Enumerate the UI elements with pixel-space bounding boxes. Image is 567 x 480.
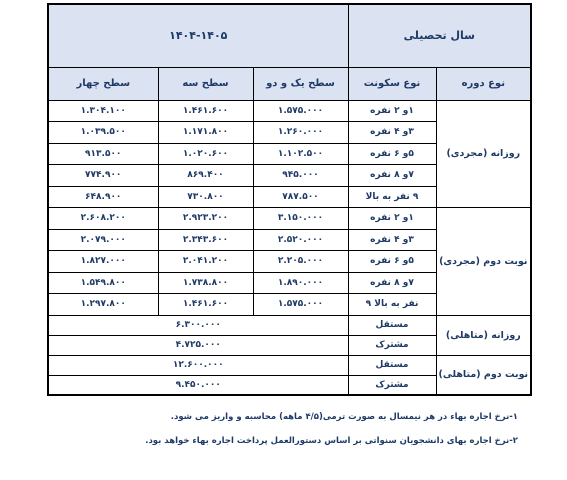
fee-cell: ۶۴۸.۹۰۰ [48, 186, 158, 208]
academic-year-value: ۱۴۰۴-۱۴۰۵ [48, 4, 348, 67]
period-cell-second-shift-single: نوبت دوم (مجردی) [436, 208, 531, 316]
fee-cell: ۱۲.۶۰۰.۰۰۰ [48, 355, 348, 375]
residence-cell: ۷و ۸ نفره [348, 165, 436, 187]
fee-cell: ۱.۱۷۱.۸۰۰ [158, 122, 253, 144]
fee-cell: ۹۴۵.۰۰۰ [253, 165, 348, 187]
footnote-1: ۱-نرخ اجاره بهاء در هر نیمسال به صورت تر… [38, 412, 518, 422]
fee-cell: ۹۱۳.۵۰۰ [48, 143, 158, 165]
table-row: روزانه (مجردی) ۱و ۲ نفره ۱.۵۷۵.۰۰۰ ۱.۴۶۱… [48, 100, 531, 122]
fee-cell: ۱.۴۶۱.۶۰۰ [158, 100, 253, 122]
header-row-columns: نوع دوره نوع سکونت سطح یک و دو سطح سه سط… [48, 67, 531, 100]
fee-cell: ۱.۲۹۷.۸۰۰ [48, 294, 158, 316]
fee-cell: ۷۷۴.۹۰۰ [48, 165, 158, 187]
residence-cell: ۹ نفر به بالا [348, 186, 436, 208]
residence-cell: ۳و ۴ نفره [348, 229, 436, 251]
dorm-fees-table: سال تحصیلی ۱۴۰۴-۱۴۰۵ نوع دوره نوع سکونت … [47, 3, 532, 396]
col-header-level-3: سطح سه [158, 67, 253, 100]
fee-cell: ۱.۵۷۵.۰۰۰ [253, 294, 348, 316]
residence-cell: ۱و ۲ نفره [348, 208, 436, 230]
fee-cell: ۷۳۰.۸۰۰ [158, 186, 253, 208]
fee-cell: ۱.۱۰۲.۵۰۰ [253, 143, 348, 165]
fee-cell: ۱.۲۶۰.۰۰۰ [253, 122, 348, 144]
col-header-level-1-2: سطح یک و دو [253, 67, 348, 100]
fee-cell: ۲.۹۲۳.۲۰۰ [158, 208, 253, 230]
residence-cell: نفر به بالا ۹ [348, 294, 436, 316]
fee-cell: ۲.۳۴۳.۶۰۰ [158, 229, 253, 251]
fee-cell: ۱.۸۹۰.۰۰۰ [253, 272, 348, 294]
residence-cell: ۷و ۸ نفره [348, 272, 436, 294]
fee-cell: ۹.۴۵۰.۰۰۰ [48, 375, 348, 395]
table-row: روزانه (متاهلی) مستقل ۶.۳۰۰.۰۰۰ [48, 315, 531, 335]
fee-cell: ۷۸۷.۵۰۰ [253, 186, 348, 208]
fee-cell: ۸۶۹.۴۰۰ [158, 165, 253, 187]
fee-cell: ۲.۰۷۹.۰۰۰ [48, 229, 158, 251]
residence-cell: مشترک [348, 335, 436, 355]
col-header-period-type: نوع دوره [436, 67, 531, 100]
residence-cell: ۳و ۴ نفره [348, 122, 436, 144]
fee-cell: ۱.۳۰۴.۱۰۰ [48, 100, 158, 122]
table-row: نوبت دوم (مجردی) ۱و ۲ نفره ۳.۱۵۰.۰۰۰ ۲.۹… [48, 208, 531, 230]
period-cell-daily-married: روزانه (متاهلی) [436, 315, 531, 355]
fee-cell: ۱.۰۲۰.۶۰۰ [158, 143, 253, 165]
col-header-level-4: سطح چهار [48, 67, 158, 100]
period-cell-second-shift-married: نوبت دوم (متاهلی) [436, 355, 531, 395]
fee-cell: ۱.۰۳۹.۵۰۰ [48, 122, 158, 144]
residence-cell: ۵و ۶ نفره [348, 143, 436, 165]
residence-cell: ۱و ۲ نفره [348, 100, 436, 122]
header-row-year: سال تحصیلی ۱۴۰۴-۱۴۰۵ [48, 4, 531, 67]
fee-cell: ۴.۷۲۵.۰۰۰ [48, 335, 348, 355]
academic-year-label: سال تحصیلی [348, 4, 531, 67]
fee-cell: ۱.۷۳۸.۸۰۰ [158, 272, 253, 294]
fee-cell: ۱.۵۷۵.۰۰۰ [253, 100, 348, 122]
fee-cell: ۱.۸۲۷.۰۰۰ [48, 251, 158, 273]
fee-cell: ۲.۶۰۸.۲۰۰ [48, 208, 158, 230]
fee-cell: ۲.۰۴۱.۲۰۰ [158, 251, 253, 273]
fee-cell: ۱.۴۶۱.۶۰۰ [158, 294, 253, 316]
residence-cell: مشترک [348, 375, 436, 395]
fee-cell: ۲.۲۰۵.۰۰۰ [253, 251, 348, 273]
period-cell-daily-single: روزانه (مجردی) [436, 100, 531, 208]
residence-cell: ۵و ۶ نفره [348, 251, 436, 273]
table-row: نوبت دوم (متاهلی) مستقل ۱۲.۶۰۰.۰۰۰ [48, 355, 531, 375]
residence-cell: مستقل [348, 315, 436, 335]
year-range-text: ۱۴۰۴-۱۴۰۵ [169, 29, 227, 42]
fee-cell: ۱.۵۴۹.۸۰۰ [48, 272, 158, 294]
fee-cell: ۲.۵۲۰.۰۰۰ [253, 229, 348, 251]
residence-cell: مستقل [348, 355, 436, 375]
footnote-2: ۲-نرخ اجاره بهای دانشجویان سنواتی بر اسا… [38, 436, 518, 446]
fee-cell: ۳.۱۵۰.۰۰۰ [253, 208, 348, 230]
fee-cell: ۶.۳۰۰.۰۰۰ [48, 315, 348, 335]
col-header-residence-type: نوع سکونت [348, 67, 436, 100]
